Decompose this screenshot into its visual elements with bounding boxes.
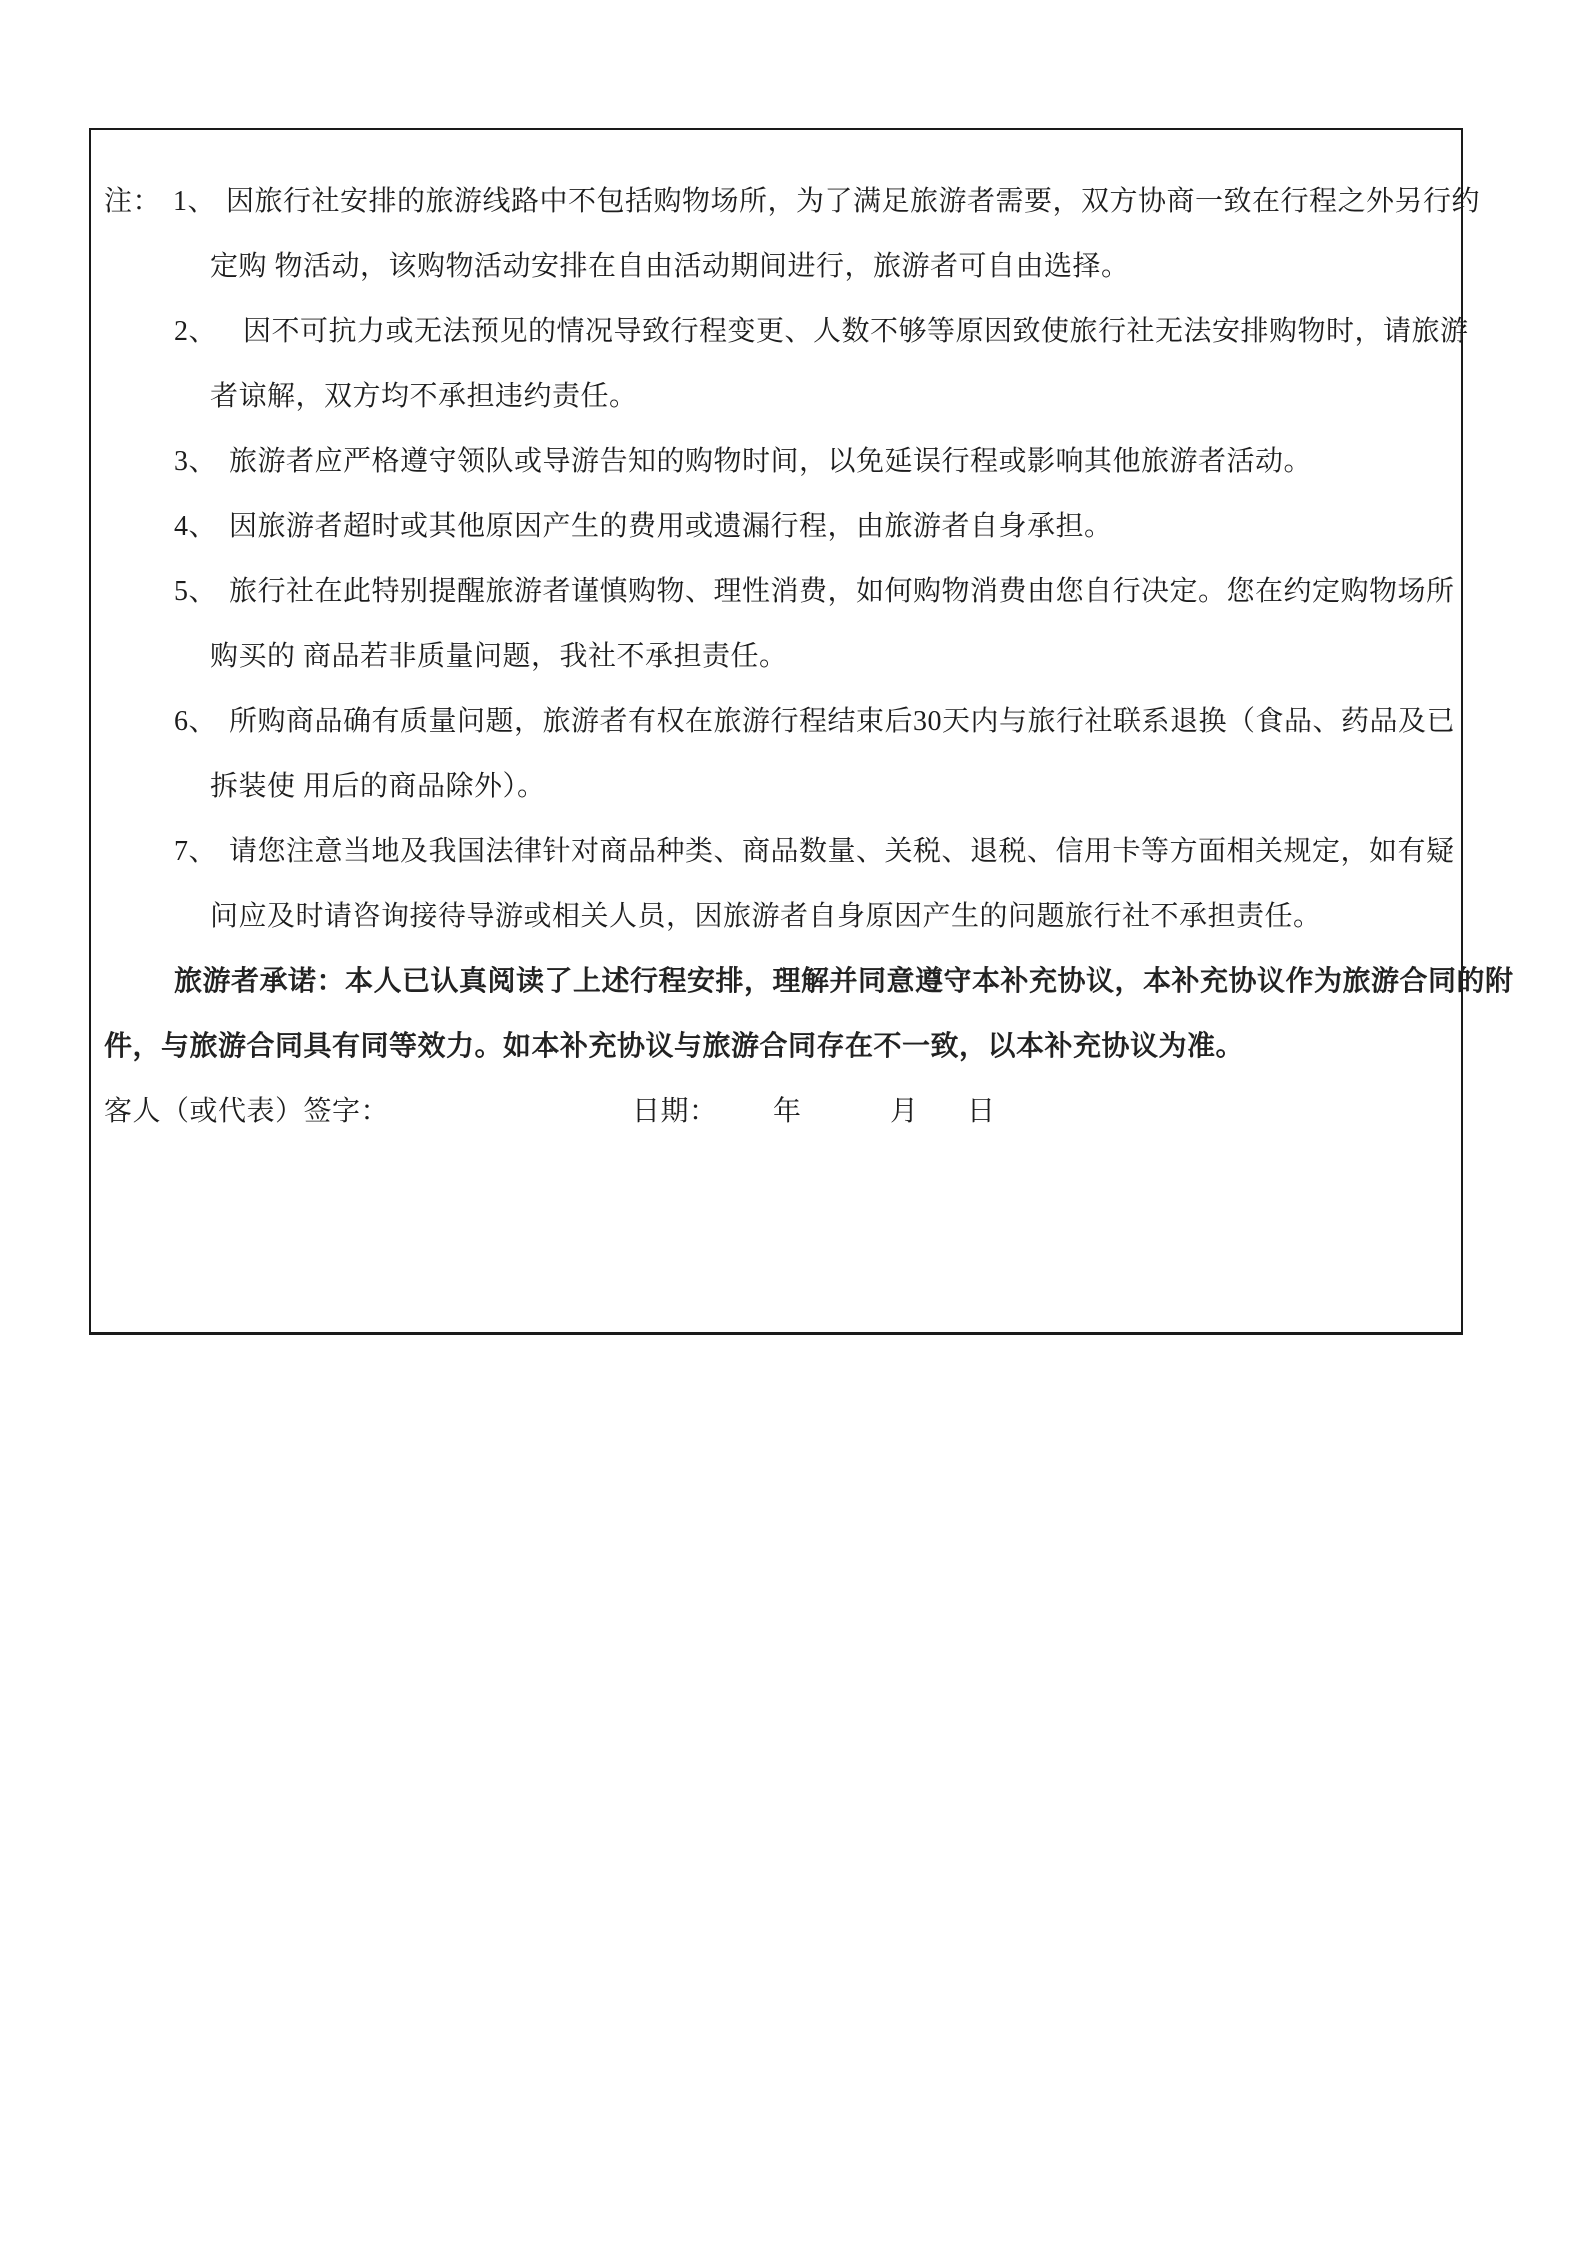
note-item-7-line-1: 7、请您注意当地及我国法律针对商品种类、商品数量、关税、退税、信用卡等方面相关规… [104, 819, 1451, 884]
note-item-6-line-1: 6、所购商品确有质量问题，旅游者有权在旅游行程结束后30天内与旅行社联系退换（食… [104, 689, 1451, 754]
item-7-text-line-1: 请您注意当地及我国法律针对商品种类、商品数量、关税、退税、信用卡等方面相关规定，… [229, 836, 1455, 867]
day-label: 日 [967, 1079, 996, 1144]
item-5-text-line-2: 购买的 商品若非质量问题，我社不承担责任。 [210, 641, 788, 672]
item-2-text-line-2: 者谅解，双方均不承担违约责任。 [210, 381, 638, 412]
item-1-text-line-2: 定购 物活动，该购物活动安排在自由活动期间进行，旅游者可自由选择。 [210, 251, 1130, 282]
note-item-5-line-2: 购买的 商品若非质量问题，我社不承担责任。 [104, 624, 1451, 689]
note-item-4-line-1: 4、因旅游者超时或其他原因产生的费用或遗漏行程，由旅游者自身承担。 [104, 494, 1451, 559]
commitment-line-2: 件，与旅游合同具有同等效力。如本补充协议与旅游合同存在不一致，以本补充协议为准。 [104, 1014, 1451, 1079]
item-7-number: 7、 [174, 819, 217, 884]
item-7-text-line-2: 问应及时请咨询接待导游或相关人员，因旅游者自身原因产生的问题旅行社不承担责任。 [210, 901, 1322, 932]
item-2-text-line-1: 因不可抗力或无法预见的情况导致行程变更、人数不够等原因致使旅行社无法安排购物时，… [243, 316, 1469, 347]
note-item-5-line-1: 5、旅行社在此特别提醒旅游者谨慎购物、理性消费，如何购物消费由您自行决定。您在约… [104, 559, 1451, 624]
note-item-6-line-2: 拆装使 用后的商品除外）。 [104, 754, 1451, 819]
note-label: 注： [104, 186, 161, 217]
item-5-number: 5、 [174, 559, 217, 624]
note-item-7-line-2: 问应及时请咨询接待导游或相关人员，因旅游者自身原因产生的问题旅行社不承担责任。 [104, 884, 1451, 949]
notes-agreement-box: 注：1、因旅行社安排的旅游线路中不包括购物场所，为了满足旅游者需要，双方协商一致… [89, 128, 1463, 1335]
item-6-text-line-2: 拆装使 用后的商品除外）。 [210, 771, 546, 802]
month-label: 月 [890, 1079, 919, 1144]
date-label: 日期： [632, 1079, 718, 1144]
item-2-number: 2、 [174, 299, 217, 364]
note-item-2-line-2: 者谅解，双方均不承担违约责任。 [104, 364, 1451, 429]
commitment-text-line-2: 件，与旅游合同具有同等效力。如本补充协议与旅游合同存在不一致，以本补充协议为准。 [104, 1031, 1244, 1062]
year-label: 年 [773, 1079, 802, 1144]
item-6-number: 6、 [174, 689, 217, 754]
signature-line: 客人（或代表）签字： 日期： 年 月 日 [104, 1079, 1451, 1144]
item-1-text-line-1: 因旅行社安排的旅游线路中不包括购物场所，为了满足旅游者需要，双方协商一致在行程之… [226, 186, 1480, 217]
commitment-line-1: 旅游者承诺：本人已认真阅读了上述行程安排，理解并同意遵守本补充协议，本补充协议作… [104, 949, 1451, 1014]
item-4-text-line-1: 因旅游者超时或其他原因产生的费用或遗漏行程，由旅游者自身承担。 [229, 511, 1113, 542]
note-item-2-line-1: 2、因不可抗力或无法预见的情况导致行程变更、人数不够等原因致使旅行社无法安排购物… [104, 299, 1451, 364]
guest-signature-label: 客人（或代表）签字： [104, 1096, 389, 1127]
item-3-text-line-1: 旅游者应严格遵守领队或导游告知的购物时间，以免延误行程或影响其他旅游者活动。 [229, 446, 1312, 477]
item-4-number: 4、 [174, 494, 217, 559]
item-1-number: 1、 [173, 186, 216, 217]
note-item-1-line-1: 注：1、因旅行社安排的旅游线路中不包括购物场所，为了满足旅游者需要，双方协商一致… [104, 169, 1451, 234]
note-item-1-line-2: 定购 物活动，该购物活动安排在自由活动期间进行，旅游者可自由选择。 [104, 234, 1451, 299]
item-3-number: 3、 [174, 429, 217, 494]
note-item-3-line-1: 3、旅游者应严格遵守领队或导游告知的购物时间，以免延误行程或影响其他旅游者活动。 [104, 429, 1451, 494]
commitment-text-line-1: 旅游者承诺：本人已认真阅读了上述行程安排，理解并同意遵守本补充协议，本补充协议作… [174, 966, 1514, 997]
item-5-text-line-1: 旅行社在此特别提醒旅游者谨慎购物、理性消费，如何购物消费由您自行决定。您在约定购… [229, 576, 1455, 607]
document-page: 注：1、因旅行社安排的旅游线路中不包括购物场所，为了满足旅游者需要，双方协商一致… [0, 0, 1588, 2245]
item-6-text-line-1: 所购商品确有质量问题，旅游者有权在旅游行程结束后30天内与旅行社联系退换（食品、… [229, 706, 1455, 737]
